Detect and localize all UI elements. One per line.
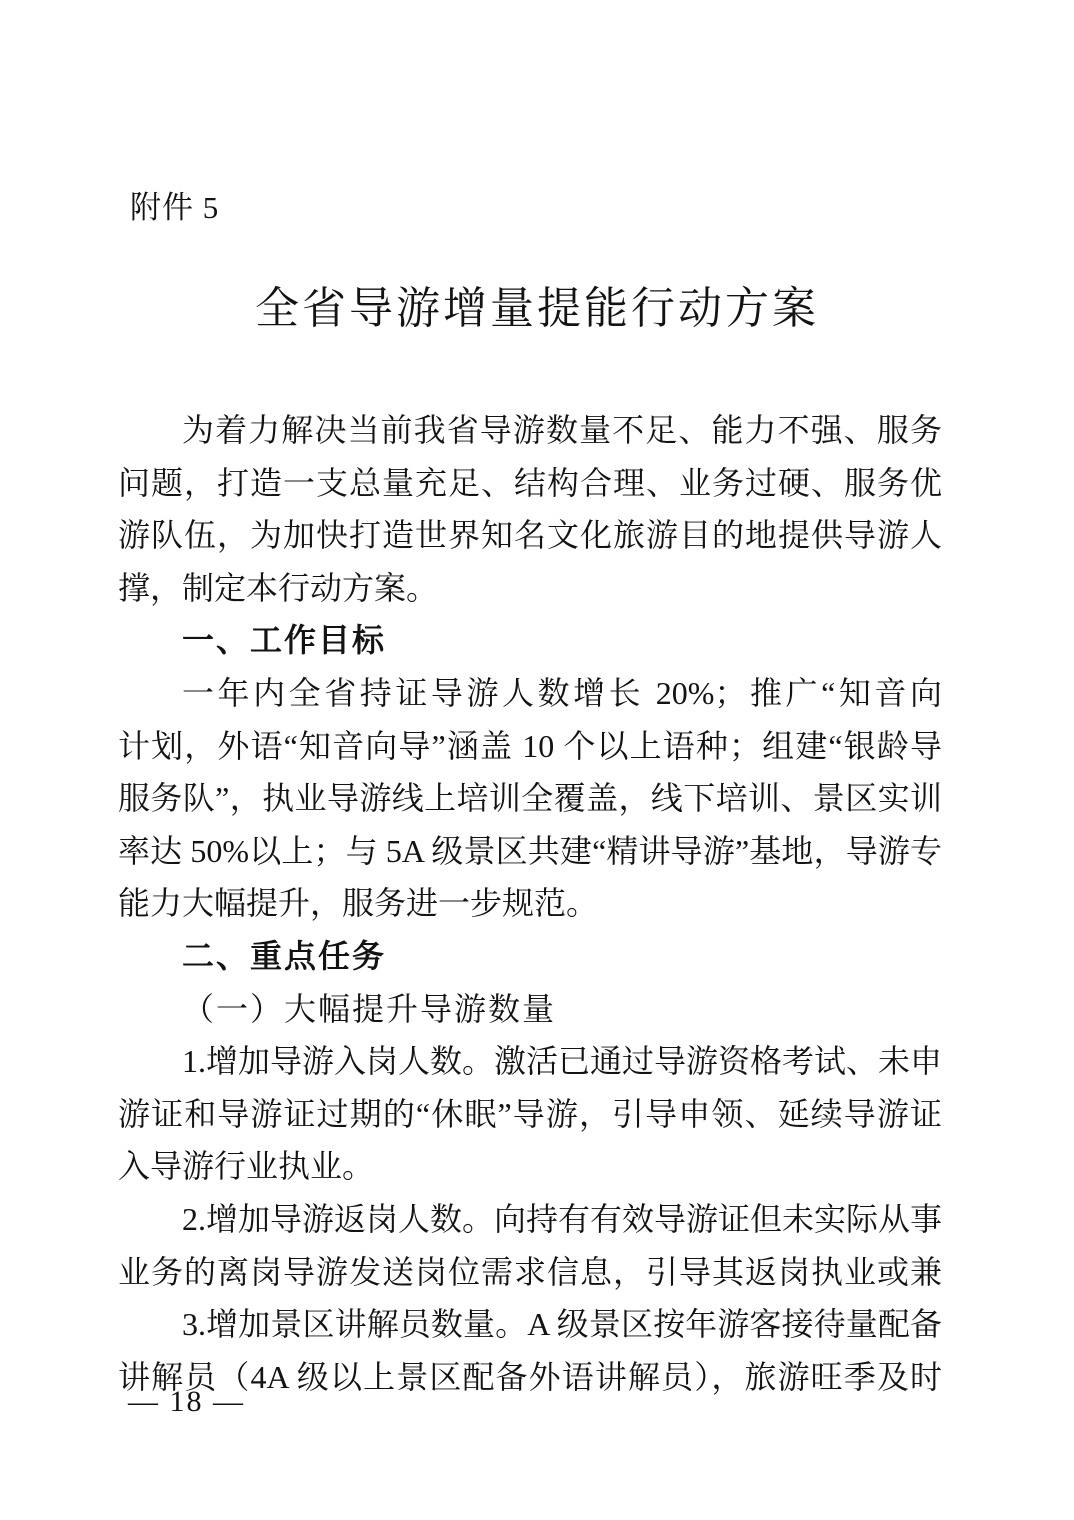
paragraph-task-2: 2.增加导游返岗人数。向持有有效导游证但未实际从事导游 业务的离岗导游发送岗位需… bbox=[118, 1193, 942, 1298]
text-line: 游队伍，为加快打造世界知名文化旅游目的地提供导游人才支 bbox=[118, 509, 942, 562]
text-line: 撑，制定本行动方案。 bbox=[118, 562, 942, 615]
text-line: 1.增加导游入岗人数。激活已通过导游资格考试、未申领导 bbox=[118, 1035, 942, 1088]
text-line: 率达 50%以上；与 5A 级景区共建“精讲导游”基地，导游专业 bbox=[118, 825, 942, 878]
text-line: 为着力解决当前我省导游数量不足、能力不强、服务不优等 bbox=[118, 404, 942, 457]
section-heading-work-goals: 一、工作目标 bbox=[118, 614, 942, 667]
text-line: 服务队”，执业导游线上培训全覆盖，线下培训、景区实训覆盖 bbox=[118, 772, 942, 825]
text-line: 游证和导游证过期的“休眠”导游，引导申领、延续导游证并进 bbox=[118, 1088, 942, 1141]
paragraph-goals: 一年内全省持证导游人数增长 20%；推广“知音向导”服务 计划，外语“知音向导”… bbox=[118, 667, 942, 930]
text-line: 计划，外语“知音向导”涵盖 10 个以上语种；组建“银龄导游 bbox=[118, 720, 942, 773]
paragraph-task-1: 1.增加导游入岗人数。激活已通过导游资格考试、未申领导 游证和导游证过期的“休眠… bbox=[118, 1035, 942, 1193]
text-line: 一年内全省持证导游人数增长 20%；推广“知音向导”服务 bbox=[118, 667, 942, 720]
document-page: 附件 5 全省导游增量提能行动方案 为着力解决当前我省导游数量不足、能力不强、服… bbox=[0, 0, 1074, 1520]
paragraph-intro: 为着力解决当前我省导游数量不足、能力不强、服务不优等 问题，打造一支总量充足、结… bbox=[118, 404, 942, 614]
subsection-heading-increase-guides: （一）大幅提升导游数量 bbox=[118, 983, 942, 1036]
text-line: 入导游行业执业。 bbox=[118, 1140, 942, 1193]
text-line: 业务的离岗导游发送岗位需求信息，引导其返岗执业或兼职。 bbox=[118, 1246, 942, 1299]
text-line: 能力大幅提升，服务进一步规范。 bbox=[118, 877, 942, 930]
page-number-footer: — 18 — bbox=[128, 1384, 245, 1420]
document-title: 全省导游增量提能行动方案 bbox=[0, 278, 1074, 340]
text-line: 2.增加导游返岗人数。向持有有效导游证但未实际从事导游 bbox=[118, 1193, 942, 1246]
text-line: 3.增加景区讲解员数量。A 级景区按年游客接待量配备充足 bbox=[118, 1298, 942, 1351]
text-line: 问题，打造一支总量充足、结构合理、业务过硬、服务优良的导 bbox=[118, 457, 942, 510]
attachment-label: 附件 5 bbox=[130, 188, 219, 228]
document-body: 为着力解决当前我省导游数量不足、能力不强、服务不优等 问题，打造一支总量充足、结… bbox=[118, 404, 942, 1403]
section-heading-key-tasks: 二、重点任务 bbox=[118, 930, 942, 983]
